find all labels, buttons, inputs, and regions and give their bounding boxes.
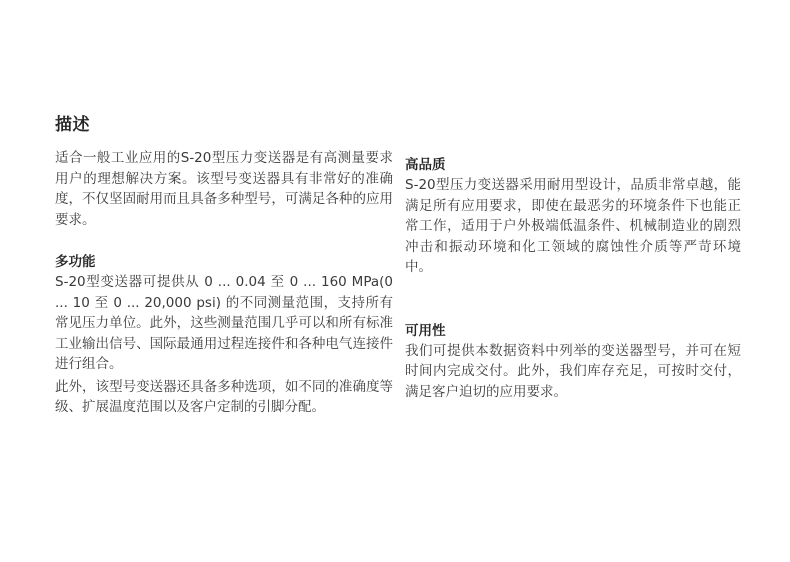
page-title: 描述 (55, 110, 90, 135)
availability-paragraph: 我们可提供本数据资料中列举的变送器型号，并可在短时间内完成交付。此外，我们库存充… (405, 341, 741, 403)
datasheet-page: 描述 适合一般工业应用的S-20型压力变送器是有高测量要求用户的理想解决方案。该… (0, 0, 790, 562)
right-column: 高品质 S-20型压力变送器采用耐用型设计，品质非常卓越，能满足所有应用要求，即… (405, 148, 741, 402)
intro-paragraph: 适合一般工业应用的S-20型压力变送器是有高测量要求用户的理想解决方案。该型号变… (55, 148, 393, 230)
section-title-multifunction: 多功能 (55, 252, 393, 272)
multifunction-paragraph-1: S-20型变送器可提供从 0 ... 0.04 至 0 ... 160 MPa(… (55, 272, 393, 375)
quality-paragraph: S-20型压力变送器采用耐用型设计，品质非常卓越，能满足所有应用要求，即使在最恶… (405, 175, 741, 278)
multifunction-paragraph-2: 此外，该型号变送器还具备多种选项，如不同的准确度等级、扩展温度范围以及客户定制的… (55, 377, 393, 418)
left-column: 适合一般工业应用的S-20型压力变送器是有高测量要求用户的理想解决方案。该型号变… (55, 148, 393, 418)
section-title-availability: 可用性 (405, 321, 741, 341)
section-title-quality: 高品质 (405, 155, 741, 175)
